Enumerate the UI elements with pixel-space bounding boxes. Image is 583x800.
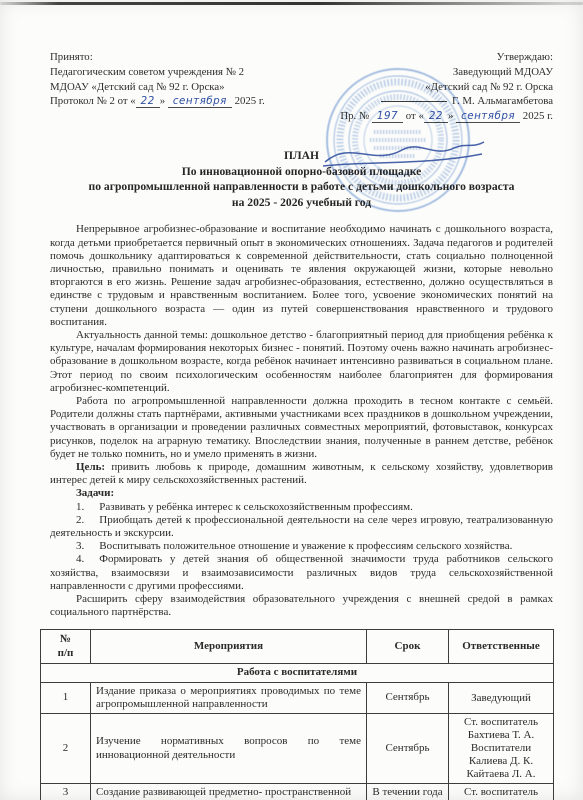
header-term: Срок xyxy=(367,630,449,664)
tasks-label-text: Задачи: xyxy=(76,487,114,499)
table-header-row: № п/п Мероприятия Срок Ответственные xyxy=(41,630,554,664)
row-term: Сентябрь xyxy=(367,714,449,784)
title-line-2: По инновационной опорно-базовой площадке xyxy=(50,164,553,180)
approved-label: Утверждаю: xyxy=(340,50,553,65)
row-responsible: Ст. воспитатель xyxy=(449,784,554,800)
task-item-1: 1.Развивать у ребёнка интерес к сельскох… xyxy=(50,501,553,514)
row-responsible: Ст. воспитатель Бахтиева Т. А. Воспитате… xyxy=(449,714,554,784)
header-responsible: Ответственные xyxy=(449,630,554,664)
order-prefix: Пр. № xyxy=(340,110,372,122)
section-title: Работа с воспитателями xyxy=(41,664,554,682)
order-day-handwritten: 22 xyxy=(424,110,448,123)
protocol-quote: » xyxy=(160,95,168,107)
task-text: Воспитывать положительное отношение и ув… xyxy=(99,540,512,552)
protocol-prefix: Протокол № 2 от « xyxy=(50,95,136,107)
task-text: Приобщать детей к профессиональной деяте… xyxy=(50,514,553,539)
task-text: Формировать у детей знания об общественн… xyxy=(50,553,553,591)
order-year: 2025 г. xyxy=(520,110,553,122)
section-row: Работа с воспитателями xyxy=(41,664,554,682)
order-mid: от « xyxy=(403,110,424,122)
table-row: 1 Издание приказа о мероприятиях проводи… xyxy=(41,682,554,714)
header-activities: Мероприятия xyxy=(91,630,367,664)
order-month-handwritten: сентября xyxy=(456,110,520,123)
document-body: Непрерывное агробизнес-образование и вос… xyxy=(50,223,553,619)
scan-edge-shadow xyxy=(0,2,583,5)
goal-paragraph: Цель: привить любовь к природе, домашним… xyxy=(50,461,553,487)
order-quote: » xyxy=(448,110,456,122)
document-title: ПЛАН По инновационной опорно-базовой пло… xyxy=(50,148,553,210)
signer-name: Г. М. Альмагамбетова xyxy=(452,95,553,107)
approved-org: «Детский сад № 92 г. Орска xyxy=(340,80,553,95)
task-text: Развивать у ребёнка интерес к сельскохоз… xyxy=(99,501,413,513)
task-item-3: 3.Воспитывать положительное отношение и … xyxy=(50,540,553,553)
task-number: 2. xyxy=(76,514,84,526)
task-item-4: 4.Формировать у детей знания об обществе… xyxy=(50,553,553,593)
protocol-line: Протокол № 2 от «22» сентября 2025 г. xyxy=(50,94,265,109)
row-term: В течении года xyxy=(367,784,449,800)
paragraph-intro: Непрерывное агробизнес-образование и вос… xyxy=(50,223,553,329)
approved-position: Заведующий МДОАУ xyxy=(340,65,553,80)
row-number: 2 xyxy=(41,714,91,784)
task-number: 4. xyxy=(76,553,84,565)
tasks-label: Задачи: xyxy=(50,487,553,500)
title-line-4: на 2025 - 2026 учебный год xyxy=(50,195,553,211)
task-number: 3. xyxy=(76,540,84,552)
accepted-council: Педагогическим советом учреждения № 2 xyxy=(50,65,265,80)
protocol-month-handwritten: сентября xyxy=(168,95,232,108)
title-line-3: по агропромышленной направленности в раб… xyxy=(50,179,553,195)
paragraph-family: Работа по агропромышленной направленност… xyxy=(50,395,553,461)
closing-paragraph: Расширить сферу взаимодействия образоват… xyxy=(50,593,553,619)
header-number: № п/п xyxy=(41,630,91,664)
row-term: Сентябрь xyxy=(367,682,449,714)
signer-line: Г. М. Альмагамбетова xyxy=(340,94,553,109)
protocol-year: 2025 г. xyxy=(232,95,265,107)
accepted-block: Принято: Педагогическим советом учрежден… xyxy=(50,50,265,124)
row-number: 1 xyxy=(41,682,91,714)
protocol-day-handwritten: 22 xyxy=(136,95,160,108)
document-content: Принято: Педагогическим советом учрежден… xyxy=(50,50,553,800)
table-row: 2 Изучение нормативных вопросов по теме … xyxy=(41,714,554,784)
plan-table: № п/п Мероприятия Срок Ответственные Раб… xyxy=(40,629,554,800)
row-activity: Издание приказа о мероприятиях проводимы… xyxy=(91,682,367,714)
title-line-1: ПЛАН xyxy=(50,148,553,164)
row-number: 3 xyxy=(41,784,91,800)
paragraph-relevance: Актуальность данной темы: дошкольное дет… xyxy=(50,329,553,395)
approval-header: Принято: Педагогическим советом учрежден… xyxy=(50,50,553,124)
goal-text: привить любовь к природе, домашним живот… xyxy=(50,461,553,486)
accepted-org: МДОАУ «Детский сад № 92 г. Орска» xyxy=(50,80,265,95)
signature-line xyxy=(381,101,447,102)
goal-label: Цель: xyxy=(76,461,105,473)
row-responsible: Заведующий xyxy=(449,682,554,714)
task-item-2: 2.Приобщать детей к профессиональной дея… xyxy=(50,514,553,540)
row-activity: Создание развивающей предметно- простран… xyxy=(91,784,367,800)
order-line: Пр. № 197 от «22» сентября 2025 г. xyxy=(340,109,553,124)
accepted-label: Принято: xyxy=(50,50,265,65)
table-row: 3 Создание развивающей предметно- простр… xyxy=(41,784,554,800)
document-page: Принято: Педагогическим советом учрежден… xyxy=(0,0,583,800)
approved-block: Утверждаю: Заведующий МДОАУ «Детский сад… xyxy=(340,50,553,124)
order-number-handwritten: 197 xyxy=(372,110,403,123)
task-number: 1. xyxy=(76,501,84,513)
row-activity: Изучение нормативных вопросов по теме ин… xyxy=(91,714,367,784)
